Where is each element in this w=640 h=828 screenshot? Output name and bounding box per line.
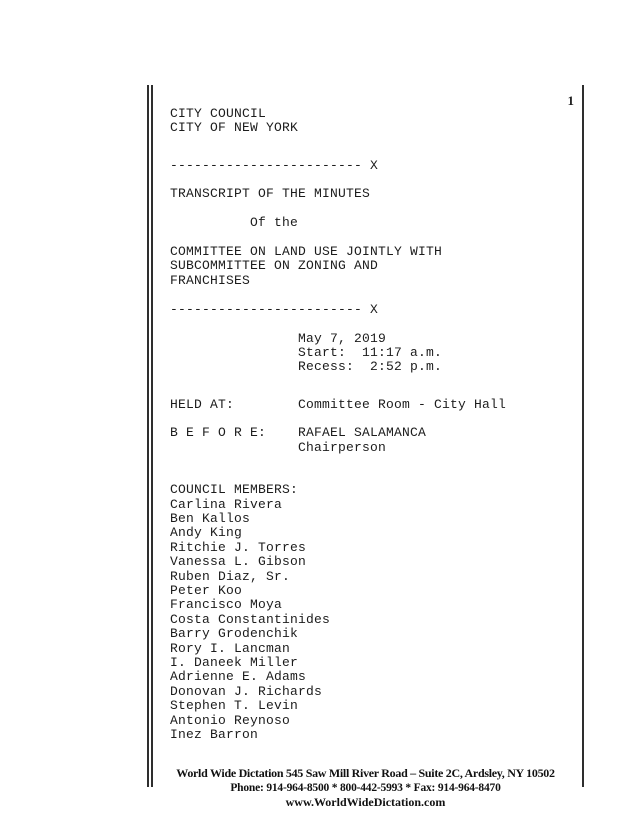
session-line: Recess: 2:52 p.m. — [170, 360, 573, 374]
footer-phone-fax: Phone: 914-964-8500 * 800-442-5993 * Fax… — [147, 781, 584, 795]
council-member-name: Costa Constantinides — [170, 613, 573, 627]
footer-address: 545 Saw Mill River Road – Suite 2C, Ards… — [286, 766, 555, 780]
document-header: CITY COUNCILCITY OF NEW YORK — [170, 107, 573, 136]
committee-name: COMMITTEE ON LAND USE JOINTLY WITHSUBCOM… — [170, 245, 573, 288]
council-members-heading: COUNCIL MEMBERS: — [170, 483, 573, 497]
council-member-name: Antonio Reynoso — [170, 714, 573, 728]
council-member-name: Adrienne E. Adams — [170, 670, 573, 684]
footer: World Wide Dictation 545 Saw Mill River … — [147, 766, 584, 809]
council-member-name: Ritchie J. Torres — [170, 541, 573, 555]
committee-line: SUBCOMMITTEE ON ZONING AND — [170, 259, 573, 273]
committee-line: COMMITTEE ON LAND USE JOINTLY WITH — [170, 245, 573, 259]
council-member-name: Francisco Moya — [170, 598, 573, 612]
before-chairperson: B E F O R E: RAFAEL SALAMANCA Chairperso… — [170, 426, 573, 455]
before-line: Chairperson — [170, 441, 573, 455]
divider-rule-top: ------------------------ X — [170, 159, 573, 173]
council-member-name: Ben Kallos — [170, 512, 573, 526]
council-member-name: Stephen T. Levin — [170, 699, 573, 713]
header-line: CITY OF NEW YORK — [170, 121, 573, 135]
transcript-page: 1 CITY COUNCILCITY OF NEW YORK ---------… — [0, 0, 640, 828]
council-member-name: I. Daneek Miller — [170, 656, 573, 670]
council-member-name: Vanessa L. Gibson — [170, 555, 573, 569]
held-at-line: HELD AT: Committee Room - City Hall — [170, 398, 573, 412]
before-line: B E F O R E: RAFAEL SALAMANCA — [170, 426, 573, 440]
council-member-name: Carlina Rivera — [170, 498, 573, 512]
council-member-name: Barry Grodenchik — [170, 627, 573, 641]
document-subtitle: Of the — [170, 216, 573, 230]
committee-line: FRANCHISES — [170, 274, 573, 288]
footer-website: www.WorldWideDictation.com — [147, 795, 584, 809]
council-member-name: Andy King — [170, 526, 573, 540]
council-member-name: Inez Barron — [170, 728, 573, 742]
footer-company-address: World Wide Dictation 545 Saw Mill River … — [147, 766, 584, 781]
header-line: CITY COUNCIL — [170, 107, 573, 121]
session-line: May 7, 2019 — [170, 332, 573, 346]
document-text: CITY COUNCILCITY OF NEW YORK -----------… — [153, 85, 573, 742]
council-members-list: Carlina RiveraBen KallosAndy KingRitchie… — [170, 498, 573, 743]
session-datetime: May 7, 2019 Start: 11:17 a.m. Recess: 2:… — [170, 332, 573, 375]
council-member-name: Donovan J. Richards — [170, 685, 573, 699]
divider-rule-bottom: ------------------------ X — [170, 303, 573, 317]
footer-company: World Wide Dictation — [176, 766, 283, 780]
document-title: TRANSCRIPT OF THE MINUTES — [170, 187, 573, 201]
council-member-name: Rory I. Lancman — [170, 642, 573, 656]
council-members-section: COUNCIL MEMBERS: Carlina RiveraBen Kallo… — [170, 483, 573, 742]
session-line: Start: 11:17 a.m. — [170, 346, 573, 360]
council-member-name: Peter Koo — [170, 584, 573, 598]
council-member-name: Ruben Diaz, Sr. — [170, 570, 573, 584]
